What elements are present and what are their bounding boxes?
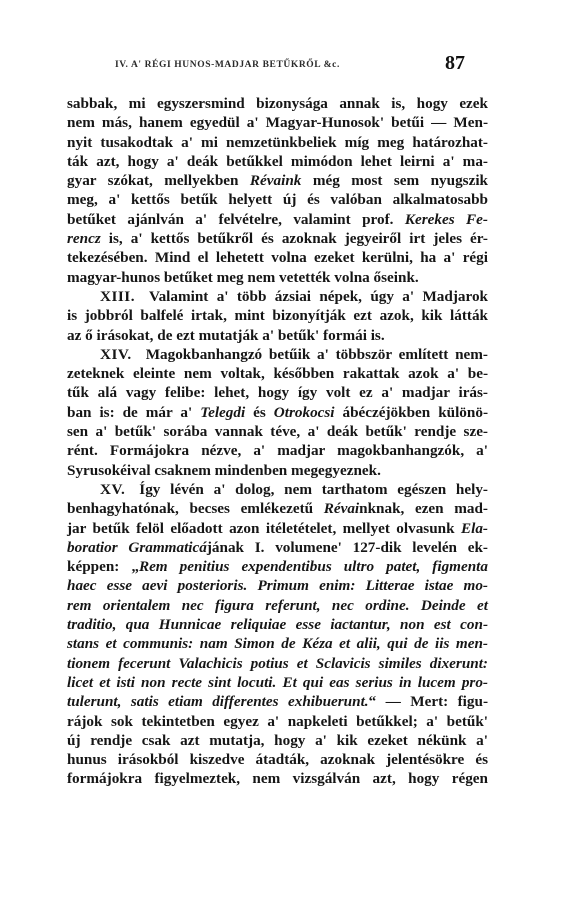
text-line: ban is: de már a' Telegdi és Otrokocsi á… xyxy=(67,403,488,422)
text-line: jar betűk felöl előadott azon itéletétel… xyxy=(67,519,488,538)
text-segment: nyit tusakodtak a' mi nemzetünkbeliek mí… xyxy=(67,134,488,151)
italic-text: haec esse aevi posterioris. Primum enim:… xyxy=(67,577,488,594)
text-line: tionem fecerunt Valachicis potius et Scl… xyxy=(67,654,488,673)
text-segment: sabbak, mi egyszersmind bizonysága annak… xyxy=(67,95,488,112)
text-segment: “ — Mert: figu- xyxy=(369,693,488,710)
text-segment: ban is: de már a' xyxy=(67,404,200,421)
text-line: nyit tusakodtak a' mi nemzetünkbeliek mí… xyxy=(67,133,488,152)
text-segment: még most sem nyugszik xyxy=(301,172,488,189)
section-start-line: XIV.Magokbanhangzó betűik a' többször em… xyxy=(67,345,488,364)
text-line: rem orientalem nec figura referunt, nec … xyxy=(67,596,488,615)
text-line: az ő irásokat, de ezt mutatják a' betűk'… xyxy=(67,326,488,345)
text-segment: Így lévén a' dolog, nem tarthatom egésze… xyxy=(139,481,488,498)
text-segment: ábéczéjökben különö- xyxy=(335,404,488,421)
text-segment: jának I. volumene' 127-dik levelén ek- xyxy=(207,539,488,556)
section-number: XV. xyxy=(100,481,125,498)
text-line: hunus irásokból kiszedve átadták, azokna… xyxy=(67,750,488,769)
text-line: új rendje csak azt mutatja, hogy a' kik … xyxy=(67,731,488,750)
book-page: IV. A' RÉGI HUNOS-MADJAR BETŰKRŐL &c. 87… xyxy=(0,0,563,900)
text-segment: tűk alá vagy felibe: lehet, hogy így vol… xyxy=(67,384,488,401)
text-segment: nknak, ezen mad- xyxy=(359,500,488,517)
italic-text: Telegdi xyxy=(200,404,245,421)
text-line: gyar szókat, mellyekben Révaink még most… xyxy=(67,171,488,190)
text-segment: sen a' betűk' sorába vannak téve, a' deá… xyxy=(67,423,488,440)
text-segment: ták azt, hogy a' deák betűkkel mimódon l… xyxy=(67,153,488,170)
text-segment: gyar szókat, mellyekben xyxy=(67,172,250,189)
text-segment: rént. Formájokra nézve, a' madjar magokb… xyxy=(67,442,488,459)
text-line: haec esse aevi posterioris. Primum enim:… xyxy=(67,576,488,595)
italic-text: Ela- xyxy=(461,520,488,537)
text-segment: benhagyhatónak, becses emlékezetű xyxy=(67,500,324,517)
text-segment: formájokra figyelmeztek, nem vizsgálván … xyxy=(67,770,488,787)
text-segment: magyar-hunos betűket meg nem vetették vo… xyxy=(67,269,419,286)
text-segment: Valamint a' több ázsiai népek, úgy a' Ma… xyxy=(149,288,488,305)
text-segment: nem más, hanem egyedül a' Magyar-Hunosok… xyxy=(67,114,488,131)
italic-text: rencz xyxy=(67,230,101,247)
text-line: rájok sok tekintetben egyez a' napkeleti… xyxy=(67,712,488,731)
text-line: licet et isti non recte sint locuti. Et … xyxy=(67,673,488,692)
italic-text: Révaink xyxy=(250,172,301,189)
text-segment: jar betűk felöl előadott azon itéletétel… xyxy=(67,520,461,537)
text-line: formájokra figyelmeztek, nem vizsgálván … xyxy=(67,769,488,788)
italic-text: rem orientalem nec figura referunt, nec … xyxy=(67,597,488,614)
italic-text: stans et communis: nam Simon de Kéza et … xyxy=(67,635,488,652)
text-line: rént. Formájokra nézve, a' madjar magokb… xyxy=(67,441,488,460)
text-line: képpen: „Rem penitius expendentibus ultr… xyxy=(67,557,488,576)
text-line: is jobbról balfelé irtak, mint bizonyítj… xyxy=(67,306,488,325)
text-segment: hunus irásokból kiszedve átadták, azokna… xyxy=(67,751,488,768)
text-line: benhagyhatónak, becses emlékezetű Révain… xyxy=(67,499,488,518)
section-start-line: XV.Így lévén a' dolog, nem tarthatom egé… xyxy=(67,480,488,499)
text-line: sen a' betűk' sorába vannak téve, a' deá… xyxy=(67,422,488,441)
section-number: XIII. xyxy=(100,288,135,305)
italic-text: traditio, qua Hunnicae reliquiae esse ia… xyxy=(67,616,488,633)
text-line: Syrusokéival csaknem mindenben megegyezn… xyxy=(67,461,488,480)
text-segment: rájok sok tekintetben egyez a' napkeleti… xyxy=(67,713,488,730)
text-line: ták azt, hogy a' deák betűkkel mimódon l… xyxy=(67,152,488,171)
italic-text: boratior Grammaticá xyxy=(67,539,207,556)
text-segment: és xyxy=(245,404,274,421)
text-segment: Syrusokéival csaknem mindenben megegyezn… xyxy=(67,462,381,479)
text-line: tulerunt, satis etiam differentes exhibu… xyxy=(67,692,488,711)
text-segment: betűket ajánlván a' felvételre, valamint… xyxy=(67,211,405,228)
italic-text: Rem penitius expendentibus ultro patet, … xyxy=(139,558,488,575)
italic-text: Révai xyxy=(324,500,359,517)
italic-text: Otrokocsi xyxy=(274,404,335,421)
section-start-line: XIII.Valamint a' több ázsiai népek, úgy … xyxy=(67,287,488,306)
text-segment: is jobbról balfelé irtak, mint bizonyítj… xyxy=(67,307,488,324)
text-line: tűk alá vagy felibe: lehet, hogy így vol… xyxy=(67,383,488,402)
page-number: 87 xyxy=(445,52,465,75)
text-segment: új rendje csak azt mutatja, hogy a' kik … xyxy=(67,732,488,749)
section-number: XIV. xyxy=(100,346,132,363)
text-line: traditio, qua Hunnicae reliquiae esse ia… xyxy=(67,615,488,634)
italic-text: licet et isti non recte sint locuti. Et … xyxy=(67,674,488,691)
text-line: stans et communis: nam Simon de Kéza et … xyxy=(67,634,488,653)
italic-text: tionem fecerunt Valachicis potius et Scl… xyxy=(67,655,488,672)
italic-text: Kerekes Fe- xyxy=(405,211,488,228)
text-line: nem más, hanem egyedül a' Magyar-Hunosok… xyxy=(67,113,488,132)
italic-text: tulerunt, satis etiam differentes exhibu… xyxy=(67,693,369,710)
running-head: IV. A' RÉGI HUNOS-MADJAR BETŰKRŐL &c. xyxy=(115,60,405,70)
text-line: betűket ajánlván a' felvételre, valamint… xyxy=(67,210,488,229)
text-line: zeteknek eleinte nem voltak, későbben ra… xyxy=(67,364,488,383)
text-line: sabbak, mi egyszersmind bizonysága annak… xyxy=(67,94,488,113)
text-line: rencz is, a' kettős betűkről és azoknak … xyxy=(67,229,488,248)
text-line: tekezésében. Mind el lehetett volna ezek… xyxy=(67,248,488,267)
text-segment: is, a' kettős betűkről és azoknak jegyei… xyxy=(101,230,488,247)
body-text: sabbak, mi egyszersmind bizonysága annak… xyxy=(67,94,488,789)
text-segment: az ő irásokat, de ezt mutatják a' betűk'… xyxy=(67,327,385,344)
text-segment: képpen: „ xyxy=(67,558,139,575)
text-segment: zeteknek eleinte nem voltak, későbben ra… xyxy=(67,365,488,382)
text-segment: meg, a' kettős betűk helyett új és valób… xyxy=(67,191,488,208)
text-segment: tekezésében. Mind el lehetett volna ezek… xyxy=(67,249,488,266)
text-line: magyar-hunos betűket meg nem vetették vo… xyxy=(67,268,488,287)
text-line: meg, a' kettős betűk helyett új és valób… xyxy=(67,190,488,209)
text-line: boratior Grammaticájának I. volumene' 12… xyxy=(67,538,488,557)
text-segment: Magokbanhangzó betűik a' többször említe… xyxy=(146,346,488,363)
